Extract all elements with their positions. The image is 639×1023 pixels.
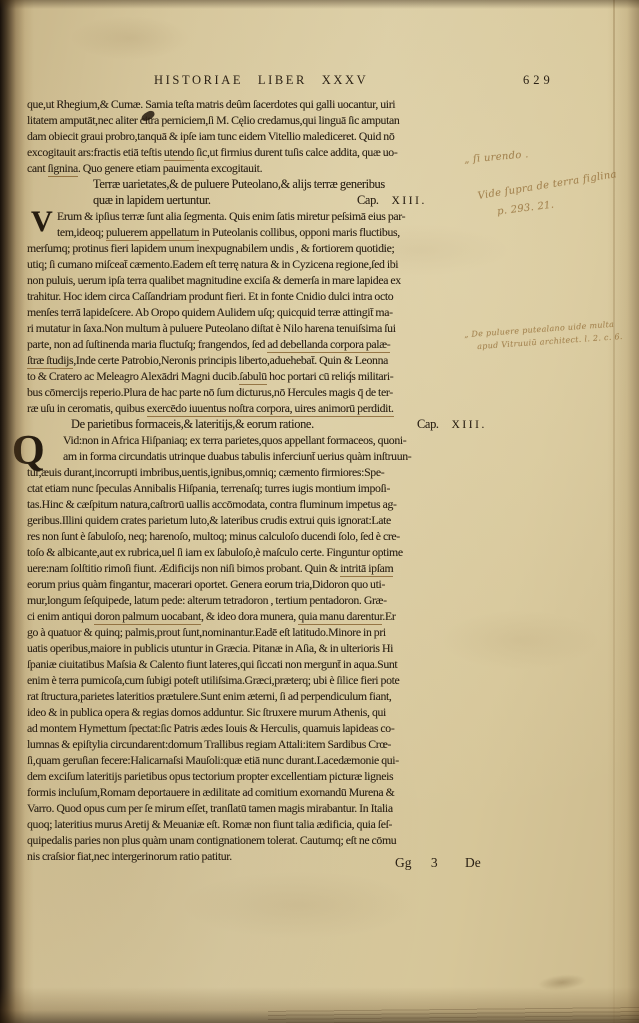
text-line: go à quatuor & quinq; palmis,prout ſunt,…	[27, 624, 483, 640]
text-line: am in forma circundatis utrinque duabus …	[27, 448, 483, 464]
chapter-14-heading: De parietibus formaceis,& lateritijs,& e…	[27, 416, 483, 432]
text-line: uatis operibus,maiore in publicis utuntu…	[27, 640, 483, 656]
chapter-label: Cap.	[357, 193, 379, 207]
text-line: tem,ideoq; puluerem appellatum in Puteol…	[27, 224, 483, 240]
text-line: ctat etiam nunc ſpeculas Annibalis Hiſpa…	[27, 480, 483, 496]
gathering-signature: Gg 3	[395, 855, 438, 871]
drop-cap-V: V	[31, 207, 53, 237]
chapter-13-heading-line2: quæ in lapidem uertuntur. Cap.XIII.	[27, 192, 483, 208]
text-line: utiq; ſi cumano miſceat̄ cæmento.Eadem e…	[27, 256, 483, 272]
text-line: non puluis, uerum ipſa terra qualibet ma…	[27, 272, 483, 288]
text-line: cant ſignina. Quo genere etiam pauimenta…	[27, 160, 483, 176]
text-line: ideo & in publica opera & regias domos a…	[27, 704, 483, 720]
text-line: to & Cratero ac Meleagro Alexādri Magni …	[27, 368, 483, 384]
text-line: bus cōmercijs reperio.Plura de hac parte…	[27, 384, 483, 400]
chapter-numeral: XIII.	[392, 195, 427, 207]
chapter-numeral: XIII.	[452, 419, 487, 431]
bottom-edge-shadow	[0, 987, 639, 1023]
text-line: trahitur. Hoc idem circa Caſſandriam pro…	[27, 288, 483, 304]
text-line: enim è terra pumicoſa,cum ſubigi poteſt …	[27, 672, 483, 688]
text-line: excogitauit ars:fractis etiā teſtis uten…	[27, 144, 483, 160]
margin-note-vide-supra: Vide ſupra de terra figlina	[477, 169, 618, 202]
catchword: De	[465, 855, 481, 871]
chapter-14-number: Cap.XIII.	[417, 416, 487, 433]
text-line: toſo & albicante,aut ex rubrica,uel ſi i…	[27, 544, 483, 560]
chapter-14-paragraph: Vid:non in Africa Hiſpaniaq; ex terra pa…	[27, 432, 483, 864]
text-line: dem exciſum lateritijs parietibus opus t…	[27, 768, 483, 784]
text-line: tur,æuis durant,incorrupti imbribus,uent…	[27, 464, 483, 480]
text-line: lumnas & epiſtylia circundarent:domum Tr…	[27, 736, 483, 752]
text-line: tas.Hinc & cæſpitum natura,caſtrorū uall…	[27, 496, 483, 512]
chapter-13-heading-line1: Terræ uarietates,& de puluere Puteolano,…	[27, 176, 483, 192]
chapter-13-number: Cap.XIII.	[357, 192, 427, 209]
drop-cap-Q: Q	[12, 430, 45, 472]
chapter-13-heading-text: quæ in lapidem uertuntur.	[27, 193, 211, 207]
text-line: ſtræ ſtudijs,Inde certe Patrobio,Neronis…	[27, 352, 483, 368]
intro-paragraph: que,ut Rhegium,& Cumæ. Samia teſta matri…	[27, 96, 483, 176]
chapter-14-heading-text: De parietibus formaceis,& lateritijs,& e…	[27, 417, 314, 431]
chapter-label: Cap.	[417, 417, 439, 431]
page-number: 629	[523, 73, 554, 88]
text-line: uere:nam ſolſtitio rimoſi fiunt. Ædifici…	[27, 560, 483, 576]
text-line: quoq; lateritius murus Aretij & Meuaniæ …	[27, 816, 483, 832]
page-stack-edges	[268, 1005, 639, 1023]
running-head: HISTORIAE LIBER XXXV 629	[0, 73, 639, 91]
text-line: formis incluſum,Romam deportauere in ædi…	[27, 784, 483, 800]
text-line: eorum prius quàm fingantur, macerari opo…	[27, 576, 483, 592]
chapter-13-paragraph: Erum & ipſius terræ ſunt alia ſegmenta. …	[27, 208, 483, 416]
text-block: que,ut Rhegium,& Cumæ. Samia teſta matri…	[27, 96, 483, 864]
text-line: dam obiecit graui probro,tanquā & ipſe i…	[27, 128, 483, 144]
text-line: que,ut Rhegium,& Cumæ. Samia teſta matri…	[27, 96, 483, 112]
text-line: res non ſunt è ſabuloſo, neq; harenoſo, …	[27, 528, 483, 544]
text-line: quipedalis paries non plus quàm unam con…	[27, 832, 483, 848]
top-edge-shadow	[0, 0, 639, 9]
text-line: ſpaniæ ciuitatibus Maſsia & Calento fiun…	[27, 656, 483, 672]
text-line: Vid:non in Africa Hiſpaniaq; ex terra pa…	[27, 432, 483, 448]
text-line: parte, non ad ſuſtinenda maria fluctuſq;…	[27, 336, 483, 352]
book-page: HISTORIAE LIBER XXXV 629 que,ut Rhegium,…	[0, 0, 639, 1023]
text-line: Erum & ipſius terræ ſunt alia ſegmenta. …	[27, 208, 483, 224]
text-line: litatem amputāt,nec aliter citra pernici…	[27, 112, 483, 128]
signature-line: Gg 3 De	[0, 855, 639, 873]
text-line: merſumq; protinus fieri lapidem unum ine…	[27, 240, 483, 256]
text-line: menſes terrā lapideſcere. Ab Oropo quide…	[27, 304, 483, 320]
margin-note-page-ref: p. 293. 21.	[497, 200, 555, 218]
text-line: ſi,quam geruſian fecere:Halicarnaſsi Mau…	[27, 752, 483, 768]
text-line: ri mutatur in ſaxa.Non multum à puluere …	[27, 320, 483, 336]
text-line: mur,longum ſeſquipede, latum pede: alter…	[27, 592, 483, 608]
text-line: ræ uſu in ceromatis, quibus exercēdo iuu…	[27, 400, 483, 416]
text-line: Varro. Quod opus cum per ſe mirum eſſet,…	[27, 800, 483, 816]
text-line: ad montem Hymettum ſpectat:ſic Patris æd…	[27, 720, 483, 736]
text-line: ci enim antiqui doron palmum uocabant, &…	[27, 608, 483, 624]
chapter-13-heading: Terræ uarietates,& de puluere Puteolano,…	[27, 176, 483, 208]
text-line: rat ſtructura,parietes lateritios prætul…	[27, 688, 483, 704]
text-line: geribus.Illini quidem crates parietum lu…	[27, 512, 483, 528]
chapter-14-heading-line: De parietibus formaceis,& lateritijs,& e…	[27, 416, 483, 432]
running-title: HISTORIAE LIBER XXXV	[154, 73, 368, 88]
ink-smudge	[537, 973, 586, 993]
